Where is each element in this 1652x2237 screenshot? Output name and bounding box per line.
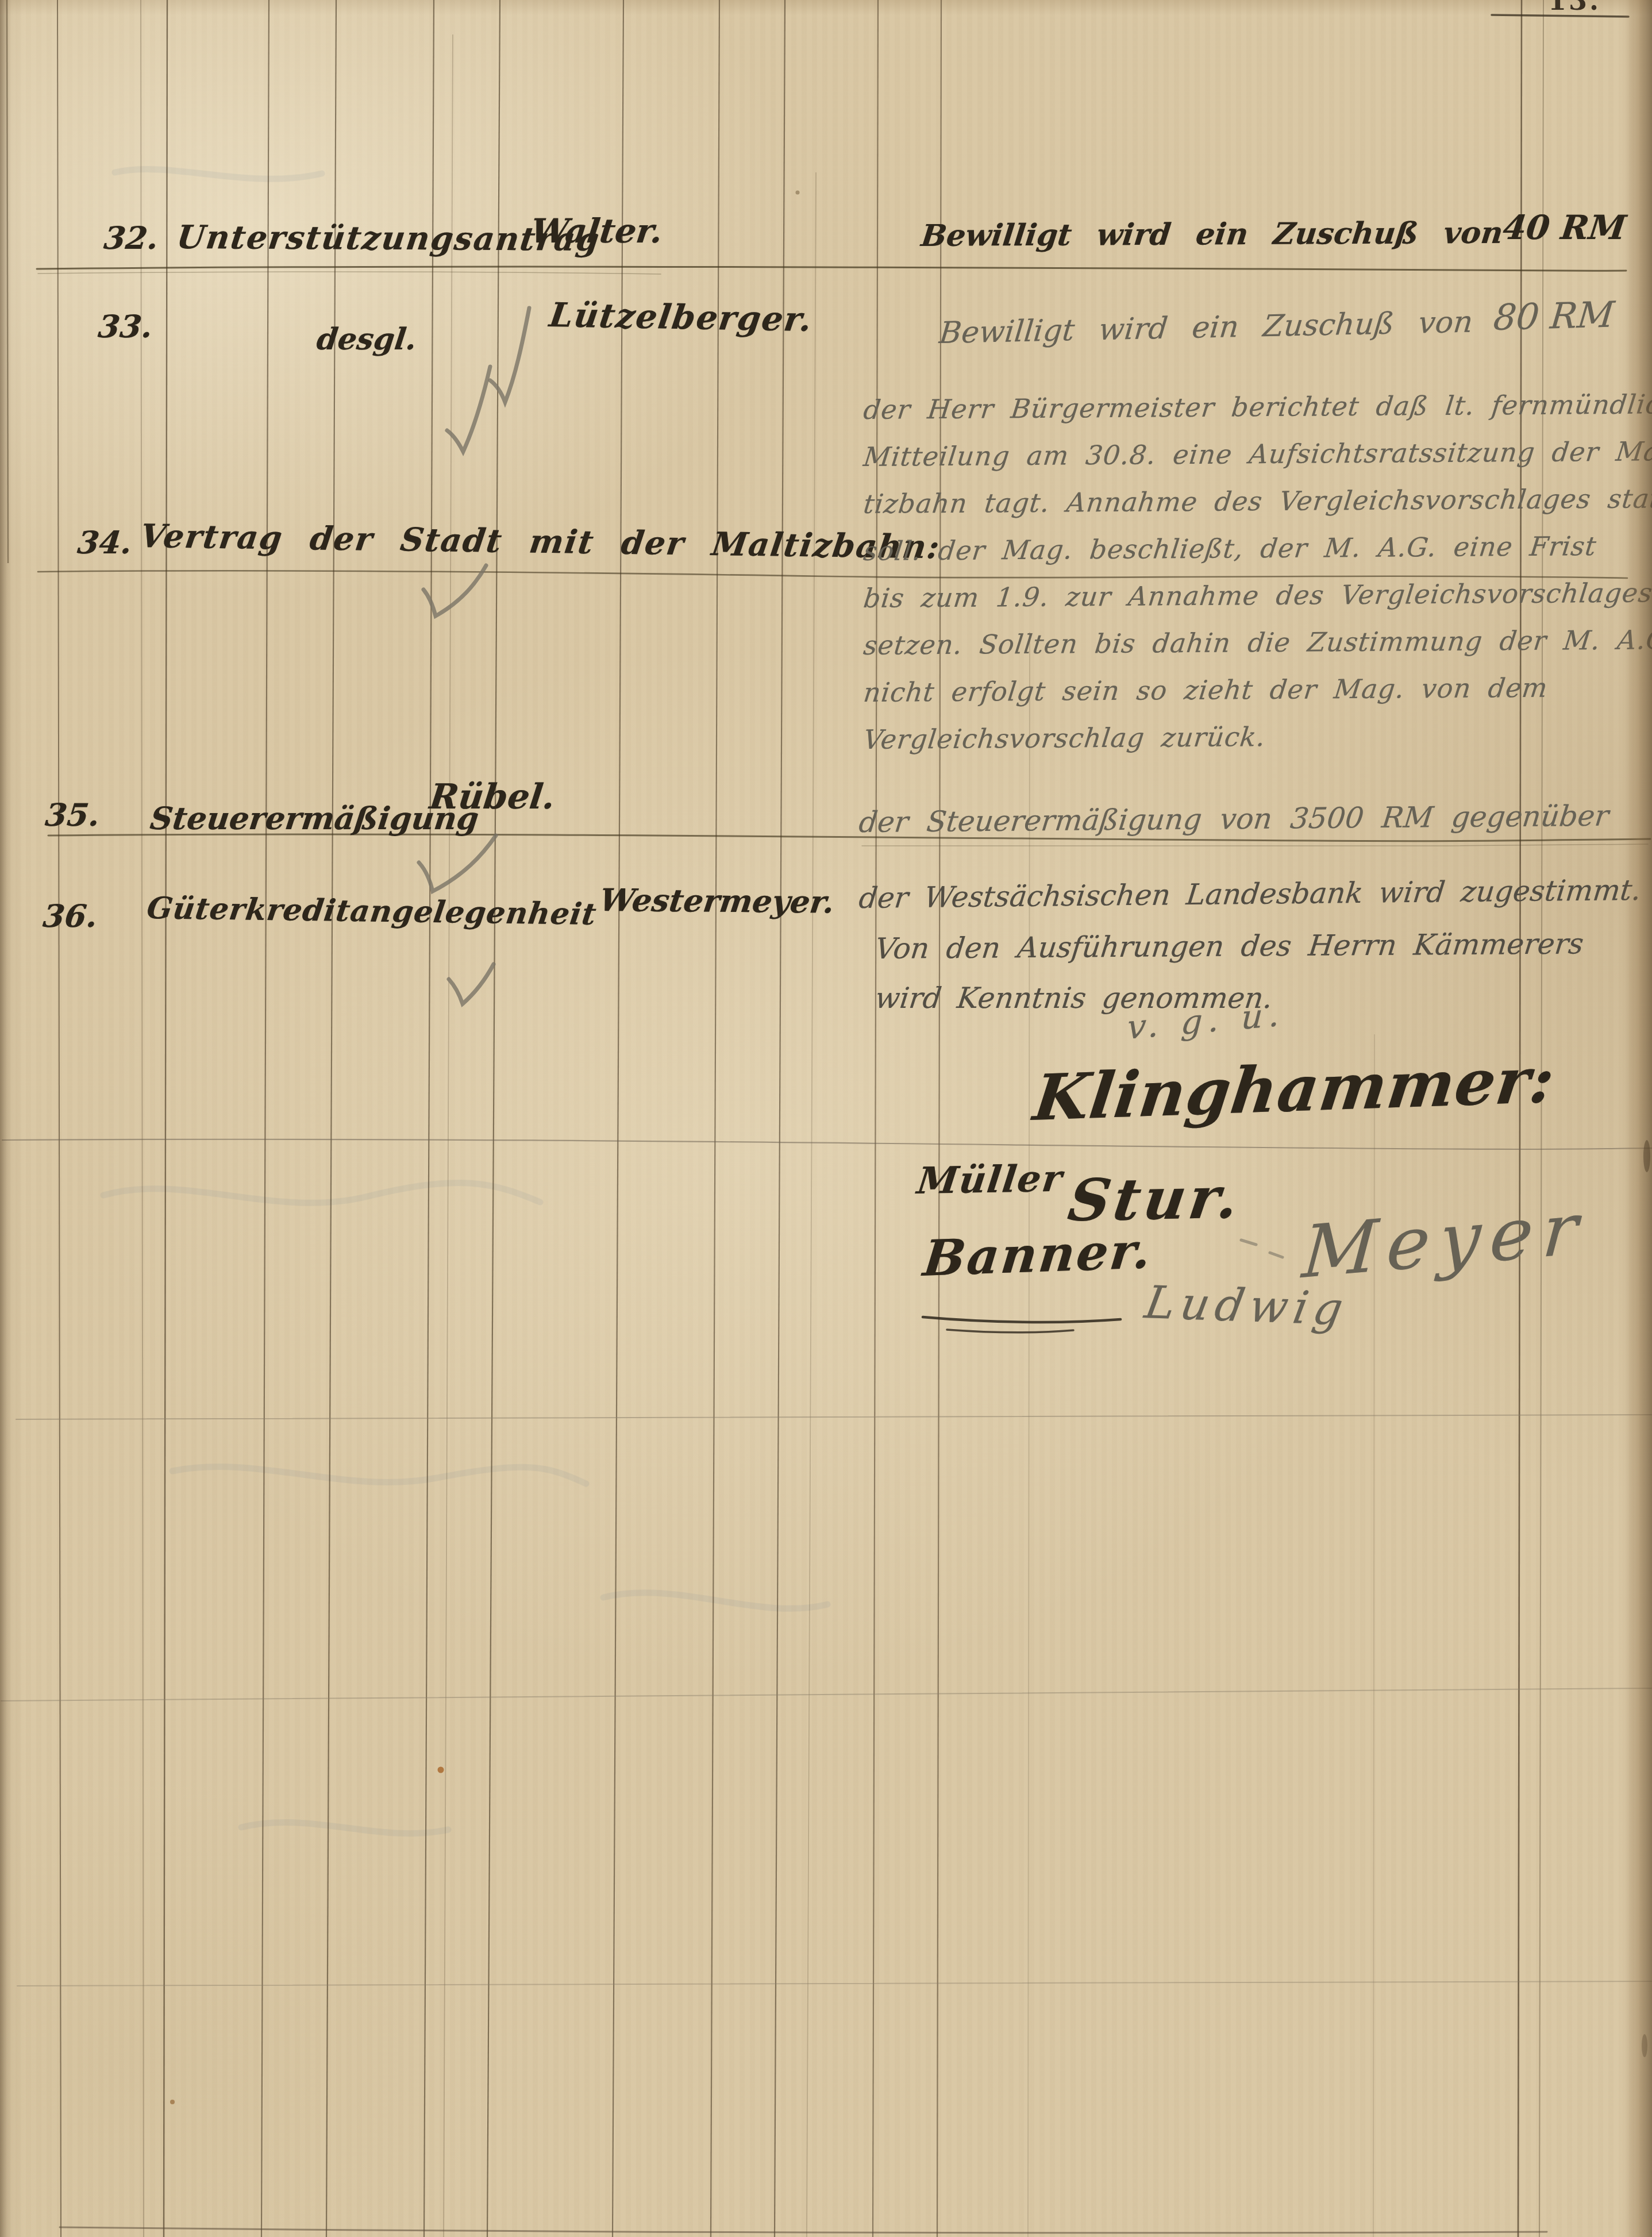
- ledger-page: 13. 32. Unterstützungsantrag Walter. Bew…: [0, 0, 1652, 2237]
- entry-35-name: Rübel.: [428, 777, 557, 817]
- entry-32-name: Walter.: [529, 211, 665, 251]
- response-32-amount: 40 RM: [1501, 208, 1628, 247]
- entry-33-subject: desgl.: [315, 322, 418, 357]
- entry-32-number: 32.: [102, 220, 160, 256]
- pencil-checkmark-33: [447, 367, 490, 452]
- pencil-checkmark-32: [490, 308, 529, 402]
- folio-number: 13.: [1548, 0, 1601, 16]
- response-34-line: Mitteilung am 30.8. eine Aufsichtsratssi…: [862, 436, 1652, 472]
- signature-mueller: Müller: [915, 1157, 1065, 1203]
- entry-36-name: Westermeyer.: [598, 881, 837, 921]
- banner-underline-flourish: [923, 1317, 1120, 1333]
- response-34-line: Vergleichsvorschlag zurück.: [862, 721, 1268, 755]
- stur-trailing-strokes: [1241, 1240, 1283, 1257]
- entry-34-number: 34.: [76, 524, 134, 561]
- response-32-text: Bewilligt wird ein Zuschuß von: [919, 215, 1505, 253]
- response-34-line: soll. der Mag. beschließt, der M. A.G. e…: [862, 530, 1598, 567]
- entry-35-number: 35.: [44, 796, 102, 833]
- response-34-line: setzen. Sollten bis dahin die Zustimmung…: [862, 624, 1652, 661]
- response-33-amount: 80 RM: [1492, 294, 1616, 338]
- signature-banner: Banner.: [921, 1222, 1156, 1288]
- response-35-text: der Steuerermäßigung von 3500 RM gegenüb…: [857, 799, 1611, 839]
- entry-36-number: 36.: [41, 898, 99, 934]
- pencil-checkmark-34: [423, 565, 486, 616]
- paper-specks: [170, 191, 1650, 2105]
- signature-ludwig: Ludwig: [1141, 1277, 1352, 1335]
- page-left-edge-shadow: [0, 0, 11, 2237]
- page-right-edge-shadow: [1622, 0, 1652, 2237]
- response-34-line: tizbahn tagt. Annahme des Vergleichsvors…: [862, 482, 1652, 519]
- entry-33-name: Lützelberger.: [547, 295, 815, 339]
- response-34-line: der Herr Bürgermeister berichtet daß lt.…: [862, 388, 1652, 425]
- response-36-line: Von den Ausführungen des Herrn Kämmerers: [873, 927, 1585, 965]
- horizontal-rules: [1, 15, 1651, 2233]
- entry-36-subject: Güterkreditangelegenheit: [145, 891, 599, 932]
- entry-33-number: 33.: [97, 308, 155, 345]
- response-34-line: nicht erfolgt sein so zieht der Mag. von…: [862, 672, 1550, 708]
- pencil-checkmark-36: [449, 964, 494, 1004]
- response-34-line: bis zum 1.9. zur Annahme des Vergleichsv…: [862, 577, 1652, 614]
